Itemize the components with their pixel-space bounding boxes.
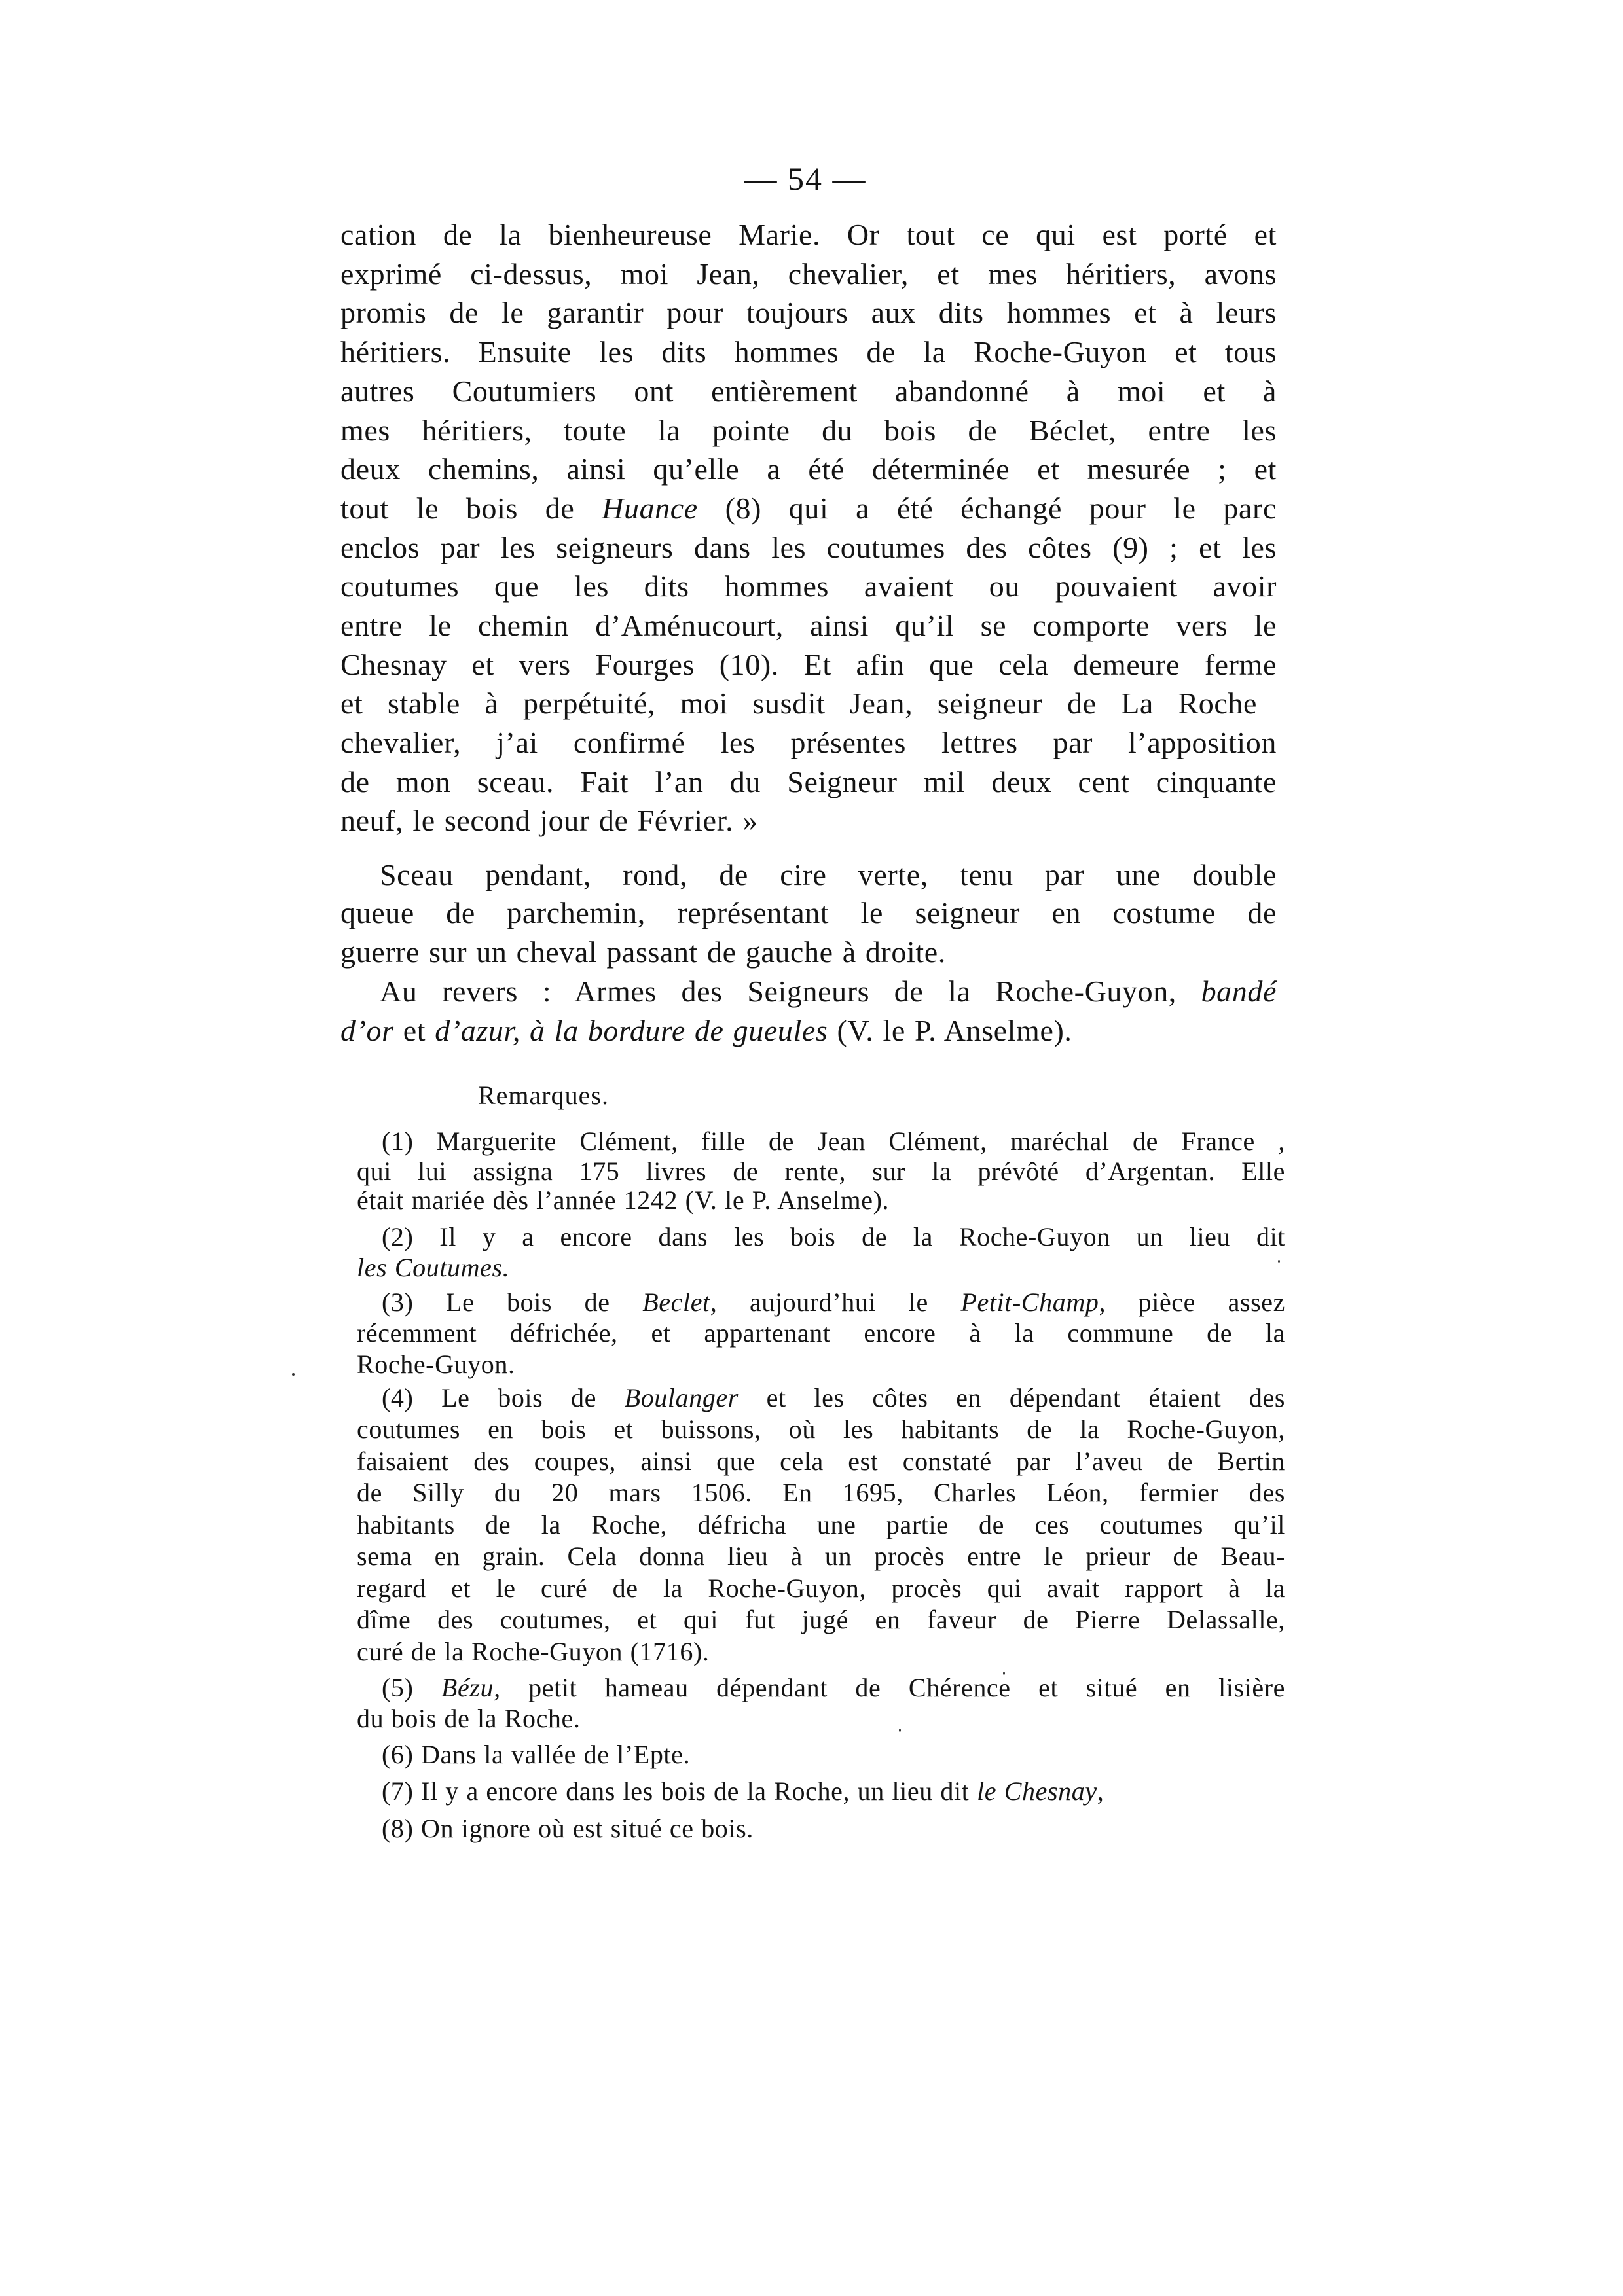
text-run: (7) Il y a encore dans les bois de la Ro… bbox=[382, 1776, 977, 1806]
citation: (V. le P. Anselme). bbox=[828, 1014, 1072, 1047]
footnote-line: (3) Le bois de Beclet, aujourd’hui le Pe… bbox=[382, 1289, 1285, 1316]
blazon-term: d’azur, à la bordure de gueules bbox=[435, 1014, 828, 1047]
place-name: Boulanger bbox=[625, 1383, 739, 1412]
place-name: Beclet bbox=[642, 1287, 710, 1317]
footnote-line: (1) Marguerite Clément, fille de Jean Cl… bbox=[382, 1128, 1285, 1155]
footnote-line: (5) Bézu, petit hameau dépendant de Chér… bbox=[382, 1675, 1285, 1701]
scan-speck bbox=[1003, 1672, 1005, 1675]
blazon-term: bandé bbox=[1201, 975, 1277, 1008]
footnote-line: qui lui assigna 175 livres de rente, sur… bbox=[357, 1158, 1285, 1185]
charter-line: autres Coutumiers ont entièrement abando… bbox=[340, 376, 1277, 406]
footnote-line: de Silly du 20 mars 1506. En 1695, Charl… bbox=[357, 1480, 1285, 1506]
scan-speck bbox=[1278, 1260, 1280, 1263]
charter-line: chevalier, j’ai confirmé les présentes l… bbox=[340, 728, 1277, 758]
text-run: tout le bois de bbox=[340, 492, 602, 525]
footnote-line: était mariée dès l’année 1242 (V. le P. … bbox=[357, 1187, 1285, 1213]
charter-line: neuf, le second jour de Février. » bbox=[340, 806, 1277, 836]
footnote-line: habitants de la Roche, défricha une part… bbox=[357, 1512, 1285, 1538]
reverse-line: Au revers : Armes des Seigneurs de la Ro… bbox=[380, 977, 1277, 1007]
charter-line: et stable à perpétuité, moi susdit Jean,… bbox=[340, 689, 1257, 719]
text-run: (3) Le bois de bbox=[382, 1287, 642, 1317]
place-name: Bézu, bbox=[441, 1673, 501, 1702]
text-run: et bbox=[394, 1014, 435, 1047]
scan-speck bbox=[899, 1729, 901, 1732]
charter-line: de mon sceau. Fait l’an du Seigneur mil … bbox=[340, 767, 1277, 797]
text-run: (5) bbox=[382, 1673, 441, 1702]
blazon-term: d’or bbox=[340, 1014, 394, 1047]
charter-line: entre le chemin d’Aménucourt, ainsi qu’i… bbox=[340, 611, 1277, 641]
text-run: (4) Le bois de bbox=[382, 1383, 625, 1412]
footnote-line: (7) Il y a encore dans les bois de la Ro… bbox=[382, 1778, 1285, 1804]
charter-line: mes héritiers, toute la pointe du bois d… bbox=[340, 416, 1277, 446]
seal-line: queue de parchemin, représentant le seig… bbox=[340, 898, 1277, 928]
footnote-line: du bois de la Roche. bbox=[357, 1706, 1285, 1732]
charter-line: Chesnay et vers Fourges (10). Et afin qu… bbox=[340, 650, 1277, 680]
text-run: petit hameau dépendant de Chérence et si… bbox=[501, 1673, 1285, 1702]
seal-line: guerre sur un cheval passant de gauche à… bbox=[340, 937, 1277, 967]
charter-line: tout le bois de Huance (8) qui a été éch… bbox=[340, 493, 1277, 524]
charter-line: enclos par les seigneurs dans les coutum… bbox=[340, 533, 1277, 563]
text-run: , pièce assez bbox=[1099, 1287, 1285, 1317]
charter-line: cation de la bienheureuse Marie. Or tout… bbox=[340, 220, 1277, 250]
text-run: , aujourd’hui le bbox=[710, 1287, 961, 1317]
text-run: (8) qui a été échangé pour le parc bbox=[698, 492, 1277, 525]
footnote-line: (8) On ignore où est situé ce bois. bbox=[382, 1816, 1285, 1842]
footnote-line: coutumes en bois et buissons, où les hab… bbox=[357, 1416, 1285, 1443]
footnote-line: dîme des coutumes, et qui fut jugé en fa… bbox=[357, 1607, 1285, 1633]
page-number: — 54 — bbox=[707, 162, 903, 195]
text-run: Au revers : Armes des Seigneurs de la Ro… bbox=[380, 975, 1201, 1008]
footnote-line: (4) Le bois de Boulanger et les côtes en… bbox=[382, 1385, 1285, 1411]
place-name: Petit-Champ bbox=[960, 1287, 1099, 1317]
footnote-line: curé de la Roche-Guyon (1716). bbox=[357, 1639, 1285, 1665]
text-run: , bbox=[1097, 1776, 1104, 1806]
seal-line: Sceau pendant, rond, de cire verte, tenu… bbox=[380, 860, 1277, 890]
reverse-line: d’or et d’azur, à la bordure de gueules … bbox=[340, 1016, 1277, 1046]
charter-line: promis de le garantir pour toujours aux … bbox=[340, 298, 1277, 328]
text-run: et les côtes en dépendant étaient des bbox=[739, 1383, 1285, 1412]
footnote-line: (2) Il y a encore dans les bois de la Ro… bbox=[382, 1224, 1285, 1250]
charter-line: coutumes que les dits hommes avaient ou … bbox=[340, 571, 1277, 601]
remarks-heading: Remarques. bbox=[478, 1083, 609, 1109]
footnote-line: Roche-Guyon. bbox=[357, 1352, 1285, 1378]
footnote-line: faisaient des coupes, ainsi que cela est… bbox=[357, 1448, 1285, 1475]
footnote-line: les Coutumes. bbox=[357, 1255, 1285, 1281]
charter-line: héritiers. Ensuite les dits hommes de la… bbox=[340, 337, 1277, 367]
book-page: — 54 — cation de la bienheureuse Marie. … bbox=[0, 0, 1623, 2296]
charter-line: deux chemins, ainsi qu’elle a été déterm… bbox=[340, 454, 1277, 484]
footnote-line: récemment défrichée, et appartenant enco… bbox=[357, 1320, 1285, 1346]
scan-speck bbox=[292, 1373, 295, 1376]
footnote-line: (6) Dans la vallée de l’Epte. bbox=[382, 1742, 1285, 1768]
footnote-line: sema en grain. Cela donna lieu à un proc… bbox=[357, 1543, 1285, 1570]
place-name-huance: Huance bbox=[602, 492, 698, 525]
place-name: le Chesnay bbox=[977, 1776, 1097, 1806]
footnote-line: regard et le curé de la Roche-Guyon, pro… bbox=[357, 1575, 1285, 1602]
charter-line: exprimé ci-dessus, moi Jean, chevalier, … bbox=[340, 259, 1277, 289]
